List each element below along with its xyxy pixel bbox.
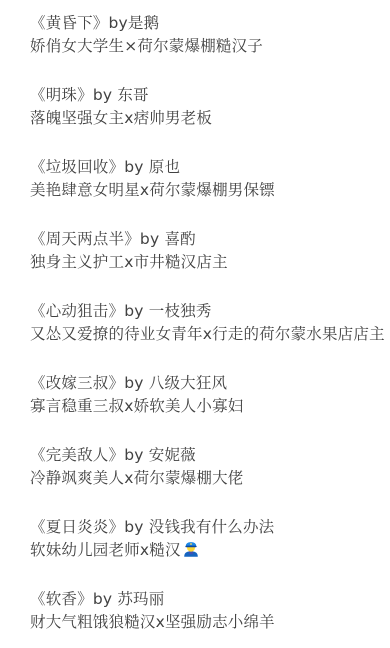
book-entry: 《改嫁三叔》by 八级大狂风 寡言稳重三叔x娇软美人小寡妇 (30, 372, 382, 418)
book-title: 《垃圾回收》 (30, 158, 124, 176)
book-entry: 《软香》by 苏玛丽 财大气粗饿狼糙汉x坚强励志小绵羊 (30, 588, 382, 634)
book-pairing: 冷静飒爽美人x荷尔蒙爆棚大佬 (30, 467, 382, 490)
book-author: by 没钱我有什么办法 (124, 518, 274, 536)
book-pairing: 娇俏女大学生×荷尔蒙爆棚糙汉子 (30, 35, 382, 58)
book-title-line: 《软香》by 苏玛丽 (30, 588, 382, 611)
book-author: by 一枝独秀 (124, 302, 211, 320)
book-title-line: 《明珠》by 东哥 (30, 84, 382, 107)
book-author: by 东哥 (93, 86, 149, 104)
book-title-line: 《周天两点半》by 喜酌 (30, 228, 382, 251)
book-pairing: 落魄坚强女主x痞帅男老板 (30, 107, 382, 130)
book-title-line: 《黄昏下》by是鹅 (30, 12, 382, 35)
book-entry: 《黄昏下》by是鹅 娇俏女大学生×荷尔蒙爆棚糙汉子 (30, 12, 382, 58)
book-title: 《完美敌人》 (30, 446, 124, 464)
police-officer-emoji (182, 540, 200, 558)
book-pairing: 财大气粗饿狼糙汉x坚强励志小绵羊 (30, 611, 382, 634)
book-entry: 《周天两点半》by 喜酌 独身主义护工x市井糙汉店主 (30, 228, 382, 274)
book-title: 《黄昏下》 (30, 14, 109, 32)
book-title-line: 《夏日炎炎》by 没钱我有什么办法 (30, 516, 382, 539)
book-title-line: 《心动狙击》by 一枝独秀 (30, 300, 382, 323)
book-pairing: 寡言稳重三叔x娇软美人小寡妇 (30, 395, 382, 418)
book-title-line: 《完美敌人》by 安妮薇 (30, 444, 382, 467)
book-author: by 原也 (124, 158, 180, 176)
book-entry: 《夏日炎炎》by 没钱我有什么办法 软妹幼儿园老师x糙汉 (30, 516, 382, 562)
page: { "colors": { "background": "#ffffff", "… (0, 0, 390, 648)
book-author: by 喜酌 (140, 230, 196, 248)
book-entry: 《完美敌人》by 安妮薇 冷静飒爽美人x荷尔蒙爆棚大佬 (30, 444, 382, 490)
book-author: by 八级大狂风 (124, 374, 227, 392)
book-entry: 《明珠》by 东哥 落魄坚强女主x痞帅男老板 (30, 84, 382, 130)
book-recommendation-list: 《黄昏下》by是鹅 娇俏女大学生×荷尔蒙爆棚糙汉子 《明珠》by 东哥 落魄坚强… (0, 0, 390, 634)
book-pairing: 又怂又爱撩的待业女青年x行走的荷尔蒙水果店店主 (30, 323, 382, 346)
book-pairing: 独身主义护工x市井糙汉店主 (30, 251, 382, 274)
book-title: 《周天两点半》 (30, 230, 140, 248)
book-entry: 《垃圾回收》by 原也 美艳肆意女明星x荷尔蒙爆棚男保镖 (30, 156, 382, 202)
book-pairing: 美艳肆意女明星x荷尔蒙爆棚男保镖 (30, 179, 382, 202)
book-pairing-line: 软妹幼儿园老师x糙汉 (30, 539, 382, 562)
book-author: by 安妮薇 (124, 446, 196, 464)
book-title: 《心动狙击》 (30, 302, 124, 320)
book-title-line: 《改嫁三叔》by 八级大狂风 (30, 372, 382, 395)
book-title-line: 《垃圾回收》by 原也 (30, 156, 382, 179)
book-author: by 苏玛丽 (93, 590, 165, 608)
book-pairing: 软妹幼儿园老师x糙汉 (30, 541, 181, 559)
book-title: 《改嫁三叔》 (30, 374, 124, 392)
book-title: 《夏日炎炎》 (30, 518, 124, 536)
book-entry: 《心动狙击》by 一枝独秀 又怂又爱撩的待业女青年x行走的荷尔蒙水果店店主 (30, 300, 382, 346)
book-author: by是鹅 (109, 14, 160, 32)
book-title: 《明珠》 (30, 86, 93, 104)
book-title: 《软香》 (30, 590, 93, 608)
